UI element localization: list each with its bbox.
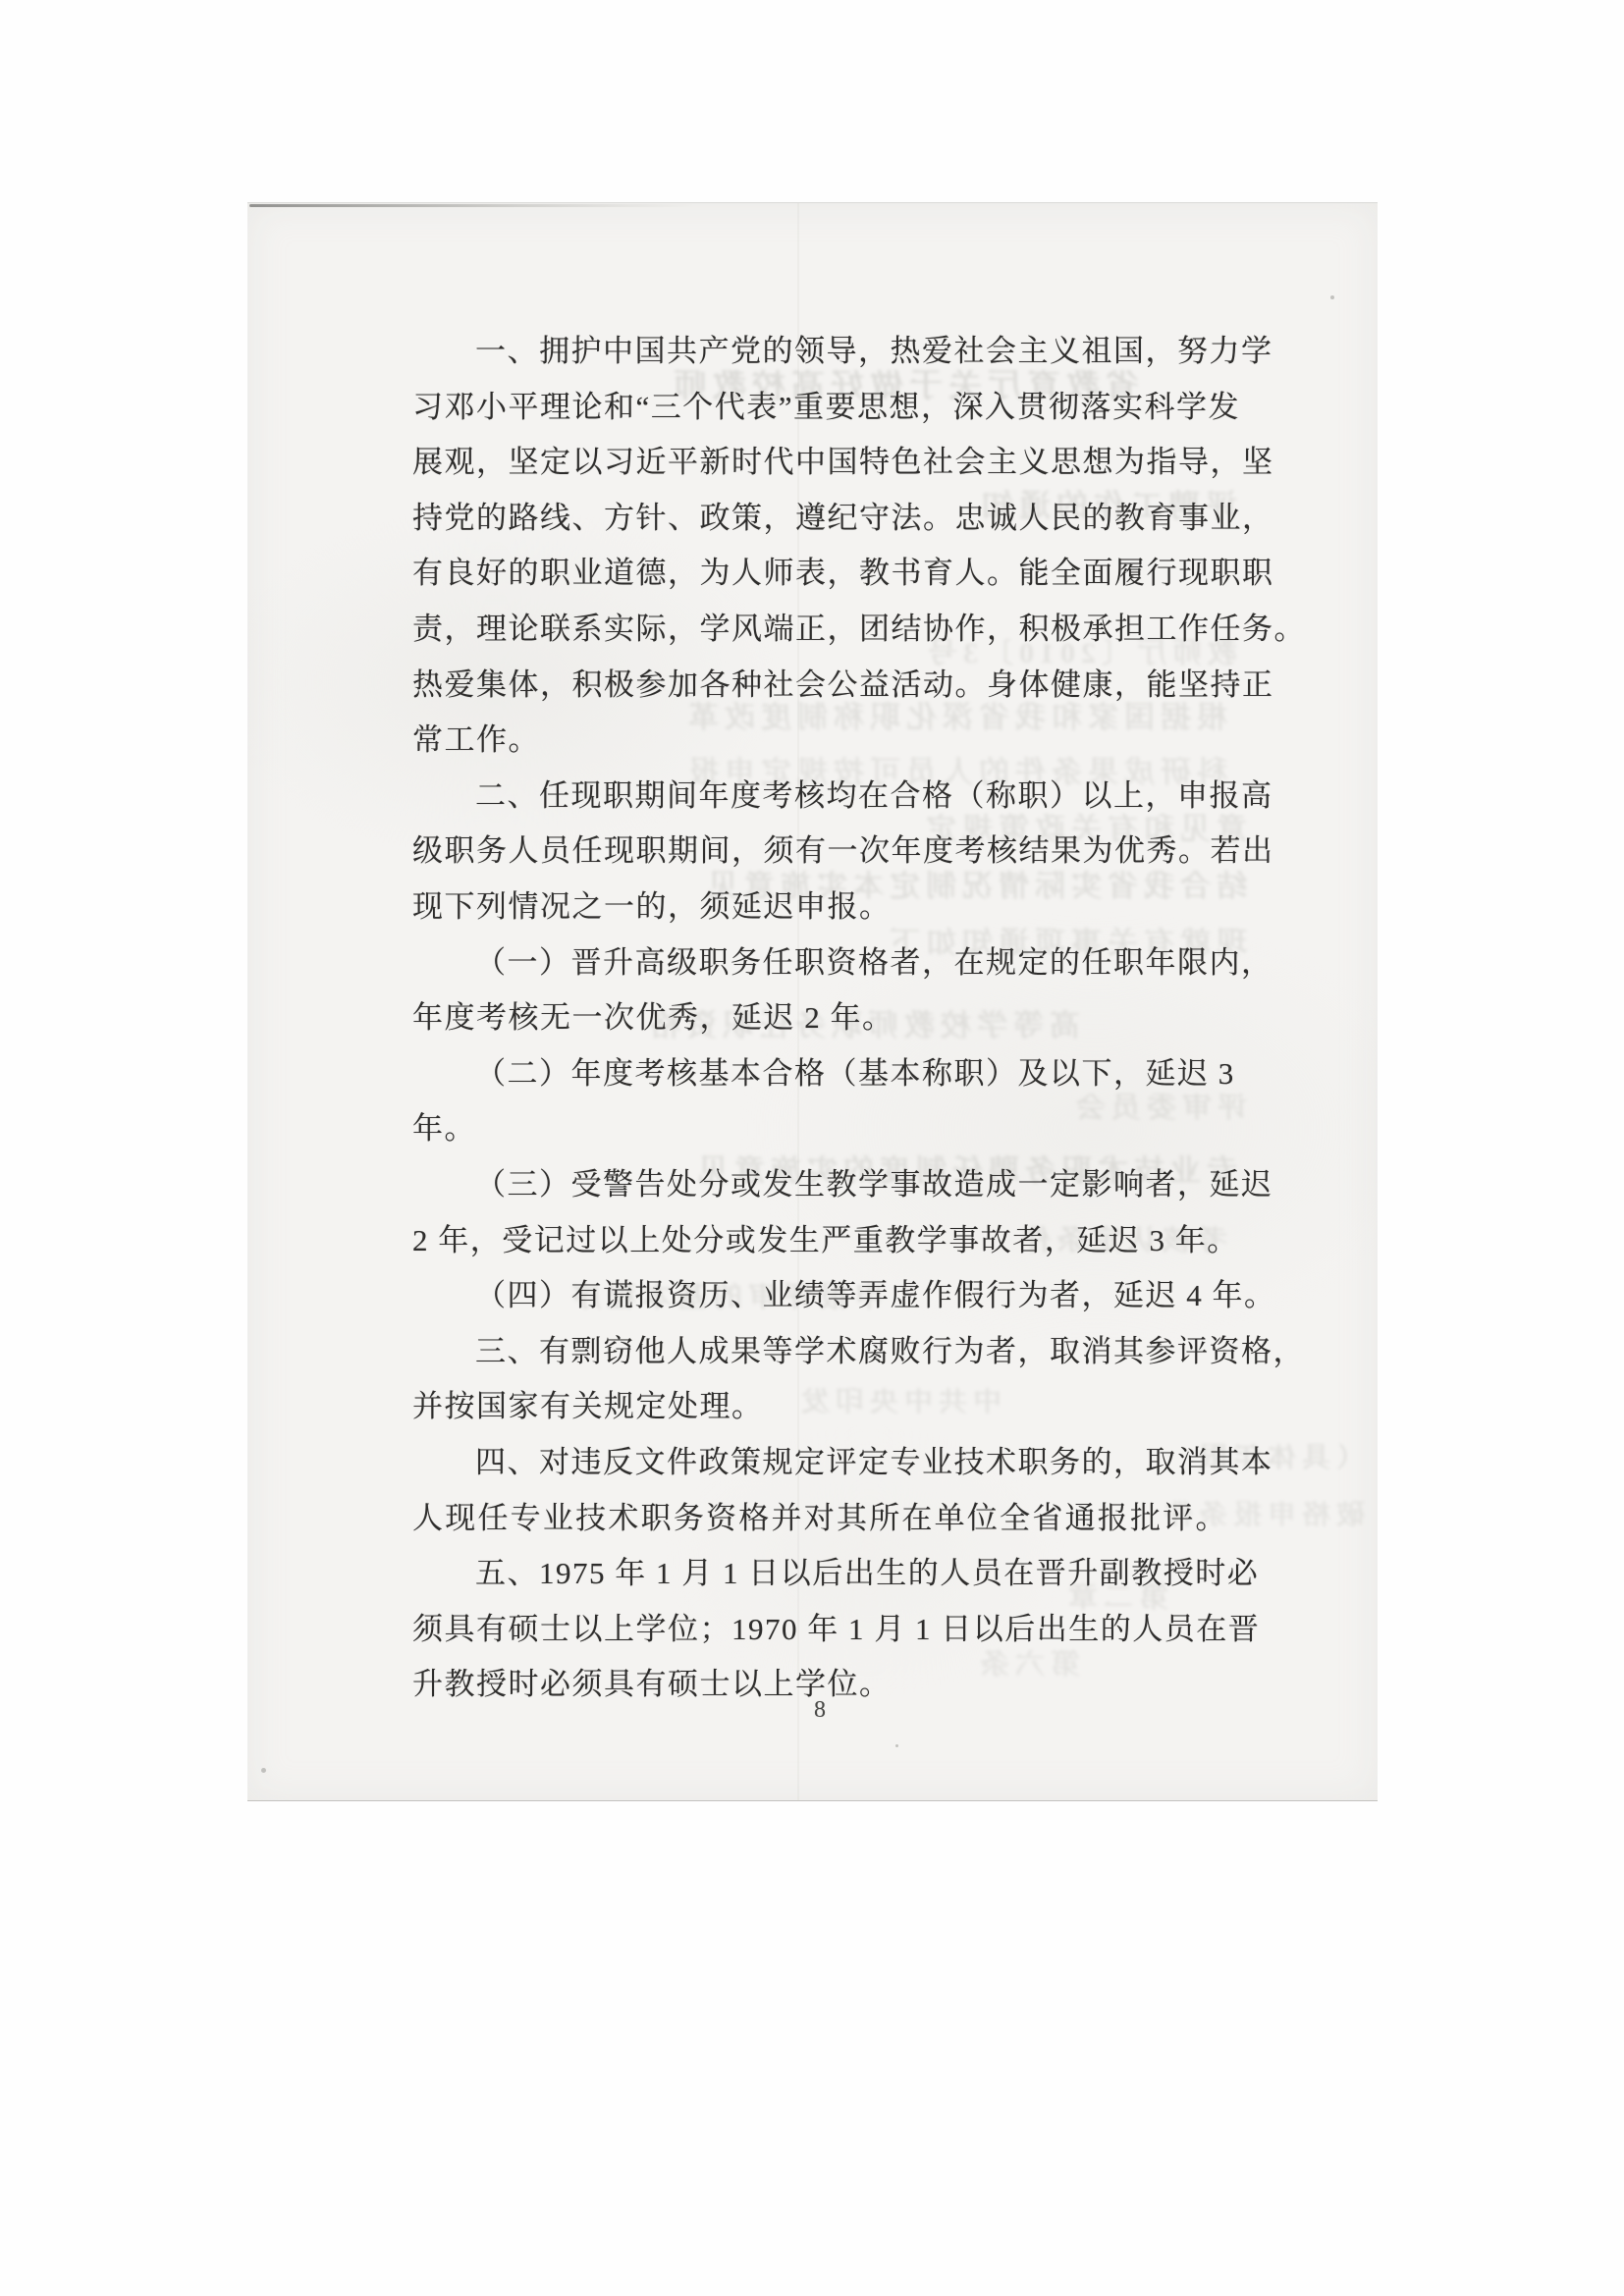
text-line: 现下列情况之一的，须延迟申报。	[412, 879, 1227, 934]
text-line: 2 年，受记过以上处分或发生严重教学事故者，延迟 3 年。	[412, 1212, 1227, 1268]
text-line: 展观，坚定以习近平新时代中国特色社会主义思想为指导，坚	[412, 434, 1227, 490]
scan-canvas: 省教育厅关于做好高校教师评聘工作的通知教师厅〔2010〕3号根据国家和我省深化职…	[0, 0, 1624, 2296]
page-number: 8	[412, 1697, 1227, 1724]
document-text-block: 一、拥护中国共产党的领导，热爱社会主义祖国，努力学习邓小平理论和“三个代表”重要…	[247, 203, 1378, 1800]
text-line: 四、对违反文件政策规定评定专业技术职务的，取消其本	[412, 1434, 1227, 1490]
scan-speck	[895, 1744, 898, 1747]
text-line: 年。	[412, 1100, 1227, 1156]
text-line: （四）有谎报资历、业绩等弄虚作假行为者，延迟 4 年。	[412, 1267, 1227, 1323]
text-line: 并按国家有关规定处理。	[412, 1378, 1227, 1434]
text-line: 年度考核无一次优秀，延迟 2 年。	[412, 989, 1227, 1045]
text-line: （三）受警告处分或发生教学事故造成一定影响者，延迟	[412, 1156, 1227, 1212]
text-line: 热爱集体，积极参加各种社会公益活动。身体健康，能坚持正	[412, 657, 1227, 713]
text-line: 须具有硕士以上学位；1970 年 1 月 1 日以后出生的人员在晋	[412, 1601, 1227, 1657]
text-line: 人现任专业技术职务资格并对其所在单位全省通报批评。	[412, 1490, 1227, 1546]
text-line: 五、1975 年 1 月 1 日以后出生的人员在晋升副教授时必	[412, 1545, 1227, 1601]
text-line: 三、有剽窃他人成果等学术腐败行为者，取消其参评资格，	[412, 1323, 1227, 1379]
text-line: （一）晋升高级职务任职资格者，在规定的任职年限内，	[412, 934, 1227, 990]
text-line: 一、拥护中国共产党的领导，热爱社会主义祖国，努力学	[412, 323, 1227, 379]
text-line: 有良好的职业道德，为人师表，教书育人。能全面履行现职职	[412, 545, 1227, 601]
text-line: （二）年度考核基本合格（基本称职）及以下，延迟 3	[412, 1045, 1227, 1101]
scanned-document-page: 省教育厅关于做好高校教师评聘工作的通知教师厅〔2010〕3号根据国家和我省深化职…	[247, 202, 1378, 1801]
scan-speck	[1330, 295, 1334, 299]
text-line: 习邓小平理论和“三个代表”重要思想，深入贯彻落实科学发	[412, 379, 1227, 435]
text-line: 责，理论联系实际，学风端正，团结协作，积极承担工作任务。	[412, 601, 1227, 657]
scan-speck	[261, 1768, 266, 1773]
text-line: 持党的路线、方针、政策，遵纪守法。忠诚人民的教育事业，	[412, 490, 1227, 546]
text-line: 级职务人员任现职期间，须有一次年度考核结果为优秀。若出	[412, 823, 1227, 879]
text-line: 常工作。	[412, 712, 1227, 768]
text-line: 二、任现职期间年度考核均在合格（称职）以上，申报高	[412, 768, 1227, 824]
